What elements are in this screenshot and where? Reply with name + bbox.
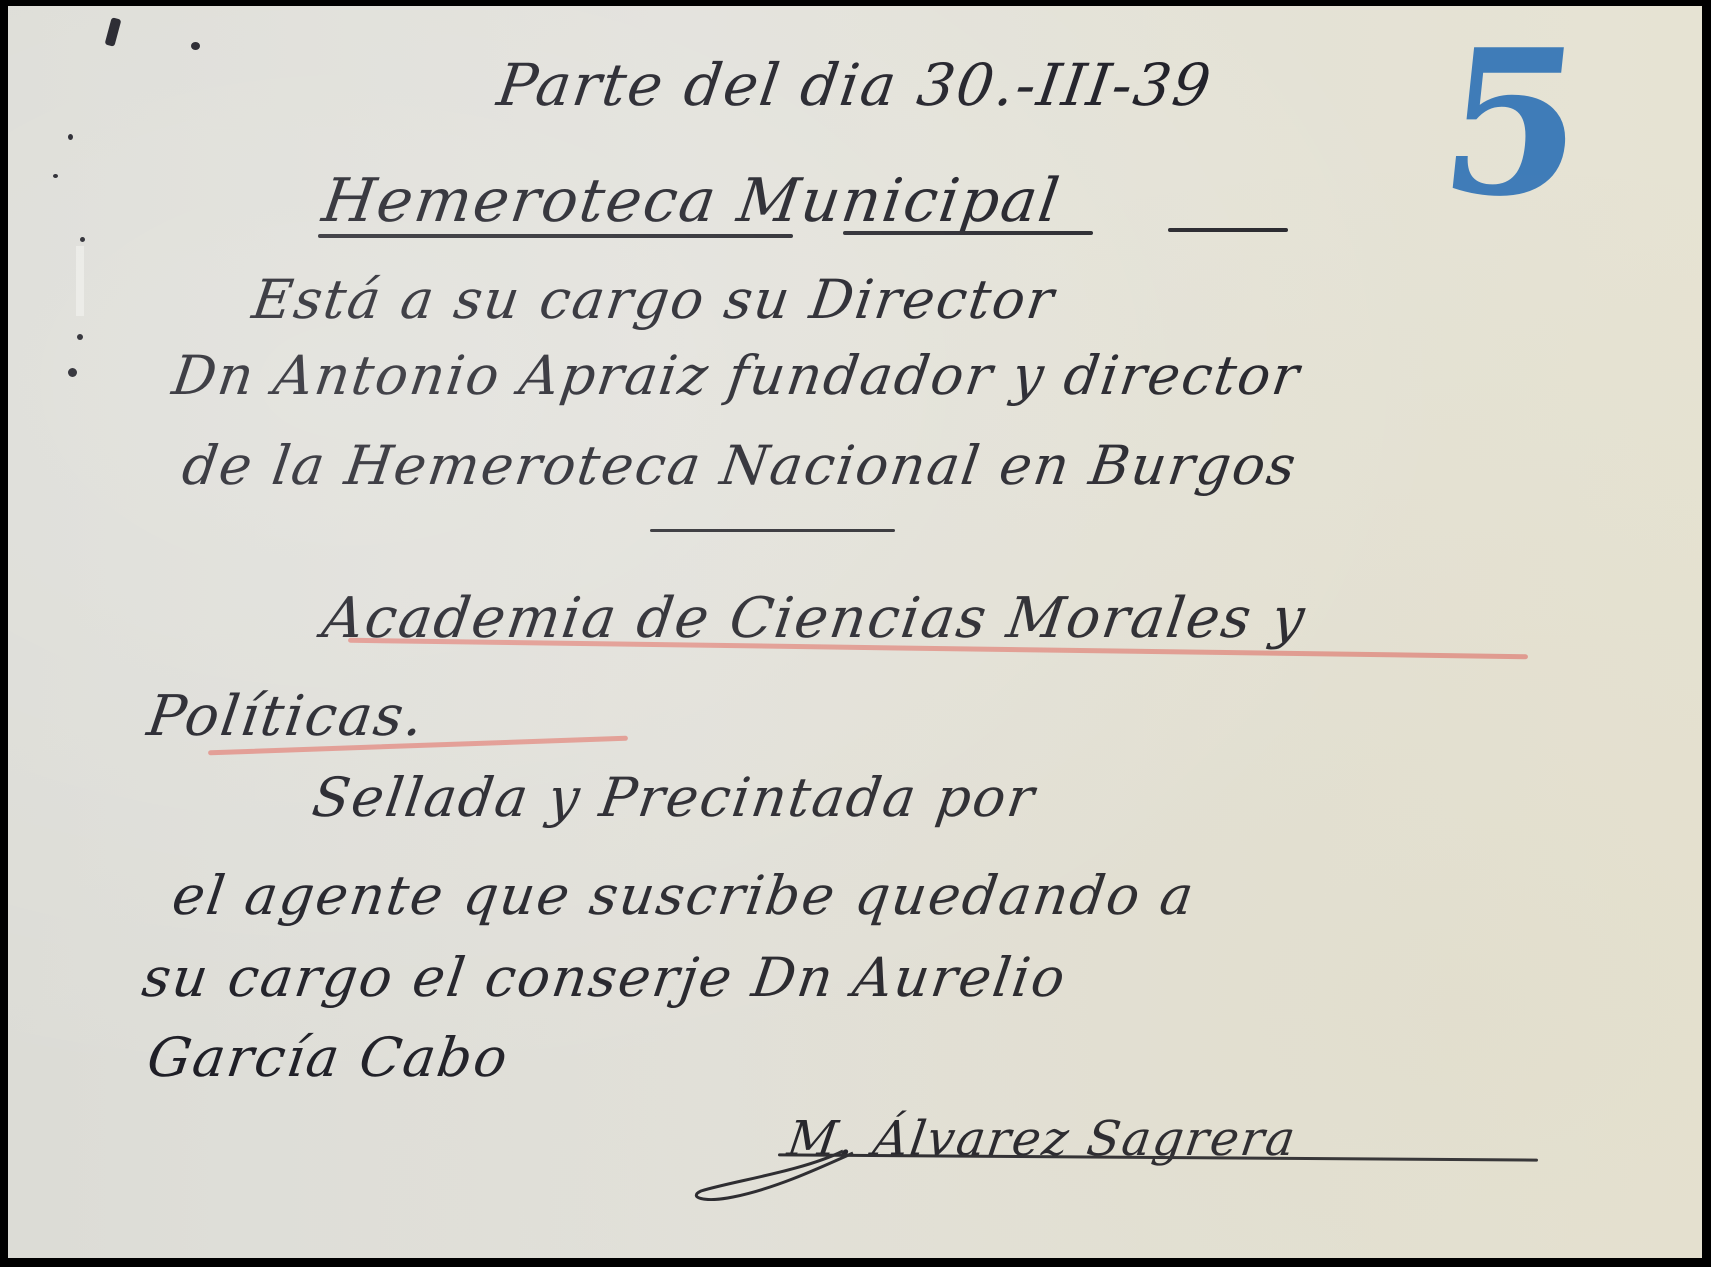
- text-line: el agente que suscribe quedando a: [169, 864, 1200, 927]
- punch-hole: [105, 17, 122, 47]
- section-title-politicas: Políticas.: [143, 684, 429, 749]
- punch-hole: [68, 368, 77, 377]
- punch-hole: [68, 134, 73, 140]
- title-underline: [1168, 228, 1288, 232]
- punch-hole: [191, 42, 200, 50]
- document-page: 5 Parte del dia 30.-III-39 Hemeroteca Mu…: [8, 6, 1702, 1258]
- text-line: Sellada y Precintada por: [309, 766, 1040, 829]
- punch-hole: [53, 174, 58, 178]
- signature-flourish: [693, 1131, 893, 1201]
- paper-crease: [76, 246, 84, 316]
- text-line: Dn Antonio Apraiz fundador y director: [169, 344, 1305, 407]
- text-line: Está a su cargo su Director: [249, 268, 1060, 331]
- document-header: Parte del dia 30.-III-39: [493, 51, 1216, 119]
- text-line: de la Hemeroteca Nacional en Burgos: [179, 434, 1302, 497]
- page-number-blue: 5: [1432, 24, 1592, 224]
- text-line: García Cabo: [144, 1026, 513, 1089]
- text-line: su cargo el conserje Dn Aurelio: [139, 946, 1071, 1009]
- section-title-hemeroteca: Hemeroteca Municipal: [318, 166, 1065, 236]
- punch-hole: [77, 334, 83, 340]
- section-divider: [650, 529, 895, 532]
- title-underline: [843, 231, 1093, 235]
- punch-hole: [80, 237, 85, 242]
- title-underline: [318, 234, 793, 238]
